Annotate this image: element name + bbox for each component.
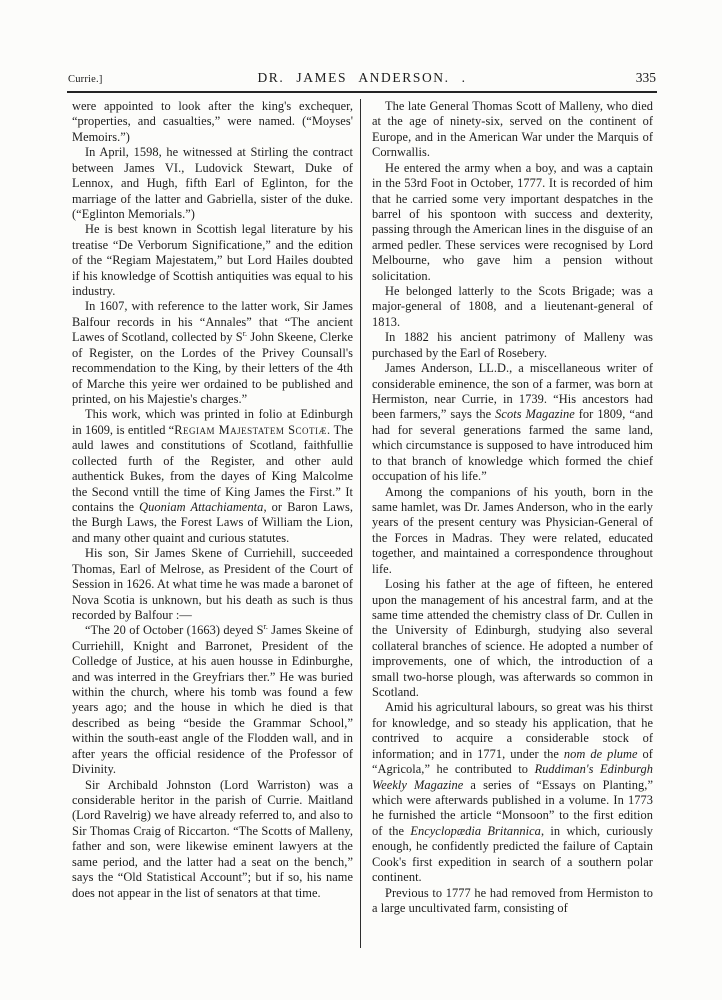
paragraph: Losing his father at the age of fifteen,… (372, 577, 653, 700)
section-label: Currie.] (68, 74, 257, 85)
text-run: His son, Sir James Skene of Curriehill, … (72, 546, 353, 622)
paragraph: The late General Thomas Scott of Malleny… (372, 99, 653, 161)
text-run: He entered the army when a boy, and was … (372, 161, 653, 283)
paragraph: This work, which was printed in folio at… (72, 407, 353, 546)
text-run: Losing his father at the age of fifteen,… (372, 577, 653, 699)
text-run: nom de plume (564, 747, 638, 761)
text-columns: were appointed to look after the king's … (72, 99, 653, 948)
paragraph: In 1882 his ancient patrimony of Malleny… (372, 330, 653, 361)
text-run: Quoniam Attachiamenta (139, 500, 263, 514)
text-run: He is best known in Scottish legal liter… (72, 222, 353, 298)
paragraph: He belonged latterly to the Scots Brigad… (372, 284, 653, 330)
paragraph: Previous to 1777 he had removed from Her… (372, 886, 653, 917)
column-right: The late General Thomas Scott of Malleny… (372, 99, 653, 916)
text-run: Sir Archibald Johnston (Lord Warriston) … (72, 778, 353, 900)
scanned-book-page: Currie.] DR. JAMES ANDERSON. . 335 were … (0, 0, 722, 1000)
text-run: He belonged latterly to the Scots Brigad… (372, 284, 653, 329)
page-number: 335 (467, 70, 656, 86)
header-rule (67, 91, 657, 93)
text-run: The late General Thomas Scott of Malleny… (372, 99, 653, 159)
page-title: DR. JAMES ANDERSON. . (257, 70, 466, 86)
text-run: Regiam Majestatem Scotiæ. (174, 423, 330, 437)
text-run: James Skeine of Curriehill, Knight and B… (72, 623, 353, 776)
text-run: Previous to 1777 he had removed from Her… (372, 886, 653, 915)
paragraph: “The 20 of October (1663) deyed Sr. Jame… (72, 623, 353, 777)
column-divider-rule (360, 99, 361, 948)
column-left: were appointed to look after the king's … (72, 99, 353, 901)
paragraph: In 1607, with reference to the latter wo… (72, 299, 353, 407)
paragraph: He is best known in Scottish legal liter… (72, 222, 353, 299)
paragraph: James Anderson, LL.D., a miscellaneous w… (372, 361, 653, 484)
text-run: Scots Magazine (495, 407, 575, 421)
text-run: Encyclopædia Britannica (410, 824, 541, 838)
running-head: Currie.] DR. JAMES ANDERSON. . 335 (68, 70, 656, 86)
text-run: Among the companions of his youth, born … (372, 485, 653, 576)
paragraph: In April, 1598, he witnessed at Stirling… (72, 145, 353, 222)
text-run: were appointed to look after the king's … (72, 99, 353, 144)
paragraph: His son, Sir James Skene of Curriehill, … (72, 546, 353, 623)
paragraph: Sir Archibald Johnston (Lord Warriston) … (72, 778, 353, 901)
paragraph: Among the companions of his youth, born … (372, 485, 653, 578)
text-run: In 1882 his ancient patrimony of Malleny… (372, 330, 653, 359)
paragraph: Amid his agricultural labours, so great … (372, 700, 653, 885)
paragraph: were appointed to look after the king's … (72, 99, 353, 145)
paragraph: He entered the army when a boy, and was … (372, 161, 653, 284)
text-run: “The 20 of October (1663) deyed S (85, 623, 264, 637)
text-run: In April, 1598, he witnessed at Stirling… (72, 145, 353, 221)
